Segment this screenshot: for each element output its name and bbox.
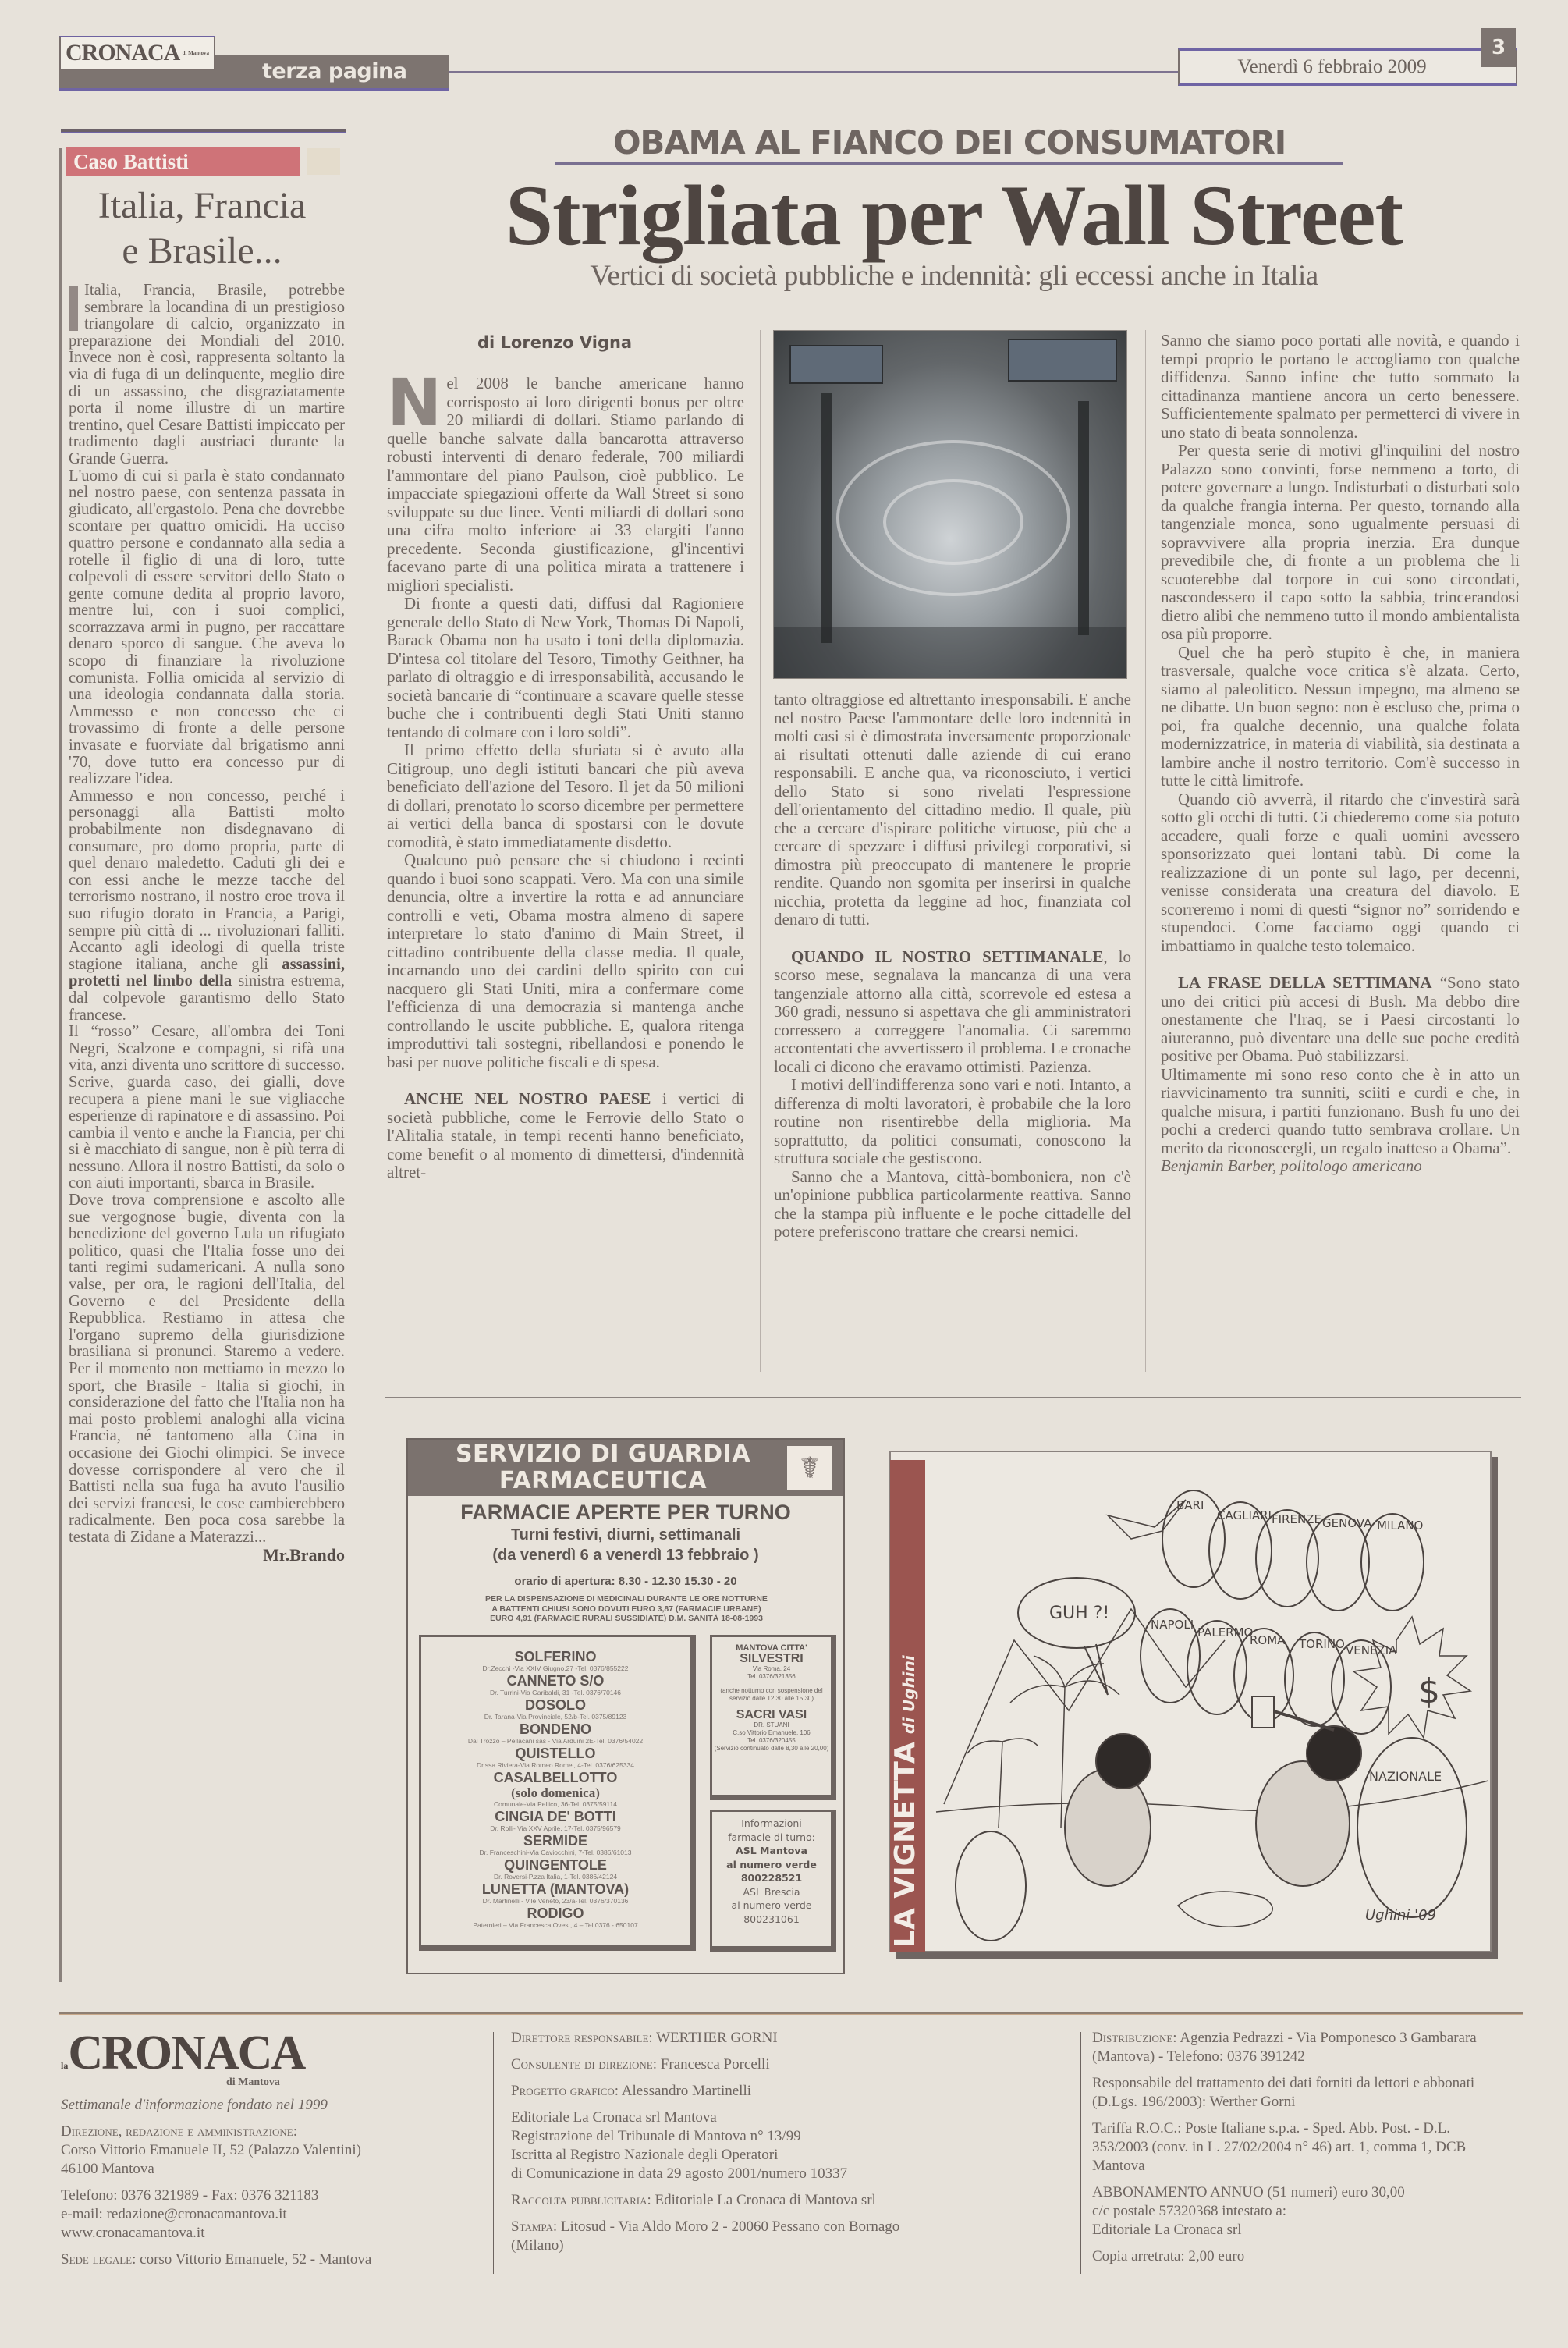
cartoon-tab: LA VIGNETTAdi Ughini bbox=[890, 1460, 925, 1952]
pharmacy-notice: PER LA DISPENSAZIONE DI MEDICINALI DURAN… bbox=[416, 1594, 837, 1624]
section-label: terza pagina bbox=[262, 59, 406, 83]
tagline: Settimanale d'informazione fondato nel 1… bbox=[61, 2096, 451, 2115]
photo-detail bbox=[774, 627, 1127, 679]
phone-number: 800231061 bbox=[712, 1913, 831, 1927]
cartoon-tab-label: LA VIGNETTA bbox=[889, 1742, 921, 1948]
pharmacy-subheading: Turni festivi, diurni, settimanali bbox=[408, 1526, 843, 1544]
pharmacy-town: CANNETO S/O bbox=[421, 1674, 690, 1689]
paragraph: L'uomo di cui si parla è stato condannat… bbox=[69, 468, 345, 788]
logo-text: CRONACA bbox=[66, 40, 179, 66]
quote-of-the-week: LA FRASE DELLA SETTIMANA “Sono stato uno… bbox=[1161, 974, 1520, 1066]
pharmacy-address: Comunale-Via Pellico, 36-Tel. 0375/59114 bbox=[421, 1800, 690, 1809]
page-number: 3 bbox=[1481, 28, 1516, 67]
column-separator bbox=[760, 330, 761, 1372]
dropcap-bar bbox=[69, 286, 78, 331]
svg-text:TORINO: TORINO bbox=[1298, 1637, 1345, 1651]
svg-text:NAZIONALE: NAZIONALE bbox=[1369, 1769, 1442, 1784]
footer-rule bbox=[59, 2012, 1523, 2015]
paragraph: ANCHE NEL NOSTRO PAESE i vertici di soci… bbox=[387, 1090, 744, 1182]
speech-text: GUH ?! bbox=[1049, 1604, 1109, 1623]
photo-detail bbox=[821, 393, 832, 643]
photo-detail bbox=[789, 345, 883, 384]
article-column-1: N el 2008 le banche americane hanno corr… bbox=[387, 375, 744, 1182]
pharmacy-address: Dr. Roversi-P.zza Italia, 1-Tel. 0386/42… bbox=[421, 1873, 690, 1881]
pharmacy-town: RODIGO bbox=[421, 1906, 690, 1921]
pharmacy-town: CINGIA DE' BOTTI bbox=[421, 1810, 690, 1824]
pharmacy-address: Dr. Turrini-Via Garibaldi, 31 -Tel. 0376… bbox=[421, 1689, 690, 1697]
svg-text:NAPOLI: NAPOLI bbox=[1151, 1618, 1194, 1632]
dropcap: N bbox=[387, 376, 442, 429]
main-kicker: OBAMA AL FIANCO DEI CONSUMATORI bbox=[555, 123, 1343, 165]
pharmacy-heading: FARMACIE APERTE PER TURNO bbox=[408, 1501, 843, 1525]
pharmacy-address: Dr. Rolli- Via XXV Aprile, 17-Tel. 0375/… bbox=[421, 1824, 690, 1833]
pharmacy-address: Dal Trozzo – Pellacani sas - Via Arduini… bbox=[421, 1737, 690, 1746]
issue-date: Venerdì 6 febbraio 2009 bbox=[1178, 48, 1517, 86]
footer-separator bbox=[1080, 2032, 1081, 2274]
quote-attribution: Benjamin Barber, politologo americano bbox=[1161, 1157, 1520, 1176]
svg-text:Ughini '09: Ughini '09 bbox=[1365, 1907, 1436, 1924]
photo-detail bbox=[883, 479, 1023, 565]
footer-column-2: Direttore responsabile: WERTHER GORNI Co… bbox=[511, 2029, 917, 2263]
pharmacy-town: BONDENO bbox=[421, 1722, 690, 1737]
svg-text:PALERMO: PALERMO bbox=[1197, 1625, 1253, 1639]
pharmacy-town: LUNETTA (MANTOVA) bbox=[421, 1882, 690, 1897]
pharmacy-address: Dr. Franceschini-Via Caviocchini, 7-Tel.… bbox=[421, 1849, 690, 1857]
pharmacy-city-box: MANTOVA CITTA' SILVESTRI Via Roma, 24 Te… bbox=[710, 1635, 836, 1800]
svg-text:GENOVA: GENOVA bbox=[1322, 1516, 1372, 1530]
pharmacy-box: SERVIZIO DI GUARDIA FARMACEUTICA ☤ FARMA… bbox=[406, 1438, 845, 1974]
pharmacy-address: Dr.ssa Riviera-Via Romeo Romei, 4-Tel. 0… bbox=[421, 1761, 690, 1770]
cartoon-author: di Ughini bbox=[899, 1655, 918, 1734]
paragraph: tanto oltraggiose ed altrettanto irrespo… bbox=[774, 691, 1131, 929]
sidebar-article-body: Italia, Francia, Brasile, potrebbe sembr… bbox=[69, 282, 345, 1563]
footer-column-3: Distribuzione: Agenzia Pedrazzi - Via Po… bbox=[1092, 2029, 1498, 2274]
pharmacy-town: CASALBELLOTTO bbox=[421, 1771, 690, 1785]
svg-text:CAGLIARI: CAGLIARI bbox=[1217, 1508, 1272, 1522]
pharmacy-hours: orario di apertura: 8.30 - 12.30 15.30 -… bbox=[408, 1575, 843, 1588]
article-column-3: Sanno che siamo poco portati alle novità… bbox=[1161, 332, 1520, 1176]
svg-text:BARI: BARI bbox=[1176, 1498, 1204, 1512]
logo-sub: di Mantova bbox=[183, 37, 209, 69]
pharmacy-note: (solo domenica) bbox=[421, 1785, 690, 1800]
sidebar-top-rule bbox=[61, 129, 346, 133]
paragraph: I motivi dell'indifferenza sono vari e n… bbox=[774, 1076, 1131, 1168]
header-rule bbox=[449, 71, 1179, 73]
pharmacy-info-box: Informazioni farmacie di turno: ASL Mant… bbox=[710, 1810, 836, 1952]
footer-separator bbox=[493, 2032, 494, 2274]
pharmacy-address: Dr. Tarana-Via Provinciale, 52/b-Tel. 03… bbox=[421, 1713, 690, 1721]
paragraph: Per questa serie di motivi gl'inquilini … bbox=[1161, 442, 1520, 644]
stock-exchange-photo bbox=[773, 330, 1127, 679]
paragraph: Ammesso e non concesso, perché i persona… bbox=[69, 788, 345, 1024]
main-subhead: Vertici di società pubbliche e indennità… bbox=[384, 259, 1524, 293]
byline: di Lorenzo Vigna bbox=[477, 333, 680, 352]
phone-number: 800228521 bbox=[741, 1872, 802, 1884]
photo-detail bbox=[1008, 339, 1117, 382]
footer-logo-sub: di Mantova bbox=[226, 2076, 280, 2089]
pharmacy-address: Dr.Zecchi -Via XXIV Giugno,27 -Tel. 0376… bbox=[421, 1664, 690, 1673]
sidebar-side-rule bbox=[59, 148, 62, 1982]
author-signature: Mr.Brando bbox=[69, 1547, 345, 1564]
paragraph: Il primo effetto della sfuriata si è avu… bbox=[387, 741, 744, 851]
main-headline: Strigliata per Wall Street bbox=[384, 169, 1524, 262]
pharmacy-town: SERMIDE bbox=[421, 1834, 690, 1849]
svg-text:FIRENZE: FIRENZE bbox=[1272, 1512, 1321, 1526]
pharmacy-town: QUISTELLO bbox=[421, 1746, 690, 1761]
paragraph: Il “rosso” Cesare, all'ombra dei Toni Ne… bbox=[69, 1024, 345, 1192]
paragraph: Dove trova comprensione e ascolto alle s… bbox=[69, 1192, 345, 1546]
footer-column-1: Settimanale d'informazione fondato nel 1… bbox=[61, 2096, 451, 2277]
caduceus-icon: ☤ bbox=[787, 1446, 832, 1490]
paragraph: Quando ciò avverrà, il ritardo che c'inv… bbox=[1161, 790, 1520, 956]
column-separator bbox=[1145, 330, 1146, 1372]
pharmacy-town: SOLFERINO bbox=[421, 1650, 690, 1664]
paragraph: Di fronte a questi dati, diffusi dal Rag… bbox=[387, 595, 744, 741]
paragraph: Sanno che siamo poco portati alle novità… bbox=[1161, 332, 1520, 442]
svg-text:MILANO: MILANO bbox=[1377, 1519, 1423, 1533]
cartoon-illustration: GUH ?! BARI CAGLIARI FIRENZE GENOVA MILA… bbox=[928, 1453, 1488, 1949]
svg-text:VENEZIA: VENEZIA bbox=[1346, 1643, 1397, 1657]
article-column-2: tanto oltraggiose ed altrettanto irrespo… bbox=[774, 691, 1131, 1241]
pharmacy-town: QUINGENTOLE bbox=[421, 1858, 690, 1873]
sidebar-title: Italia, Francia e Brasile... bbox=[66, 183, 339, 274]
svg-text:ROMA: ROMA bbox=[1250, 1633, 1286, 1647]
photo-detail bbox=[1078, 401, 1089, 635]
sidebar-kicker: Caso Battisti bbox=[66, 147, 300, 176]
pharmacy-address: Dr. Martinelli - V.le Veneto, 23/a-Tel. … bbox=[421, 1897, 690, 1906]
pharmacy-header: SERVIZIO DI GUARDIA FARMACEUTICA ☤ bbox=[408, 1440, 843, 1496]
pharmacy-period: (da venerdì 6 a venerdì 13 febbraio ) bbox=[408, 1547, 843, 1565]
website-link[interactable]: www.cronacamantova.it bbox=[61, 2225, 204, 2241]
paragraph: Quel che ha però stupito è che, in manie… bbox=[1161, 644, 1520, 790]
paragraph: Qualcuno può pensare che si chiudono i r… bbox=[387, 851, 744, 1071]
sidebar-kicker-blank bbox=[307, 148, 340, 175]
pharmacy-town: DOSOLO bbox=[421, 1698, 690, 1713]
paragraph: Sanno che a Mantova, città-bomboniera, n… bbox=[774, 1168, 1131, 1241]
pharmacy-list: SOLFERINO Dr.Zecchi -Via XXIV Giugno,27 … bbox=[419, 1635, 696, 1951]
phone-fax: Telefono: 0376 321989 - Fax: 0376 321183 bbox=[61, 2187, 318, 2204]
email-link[interactable]: e-mail: redazione@cronacamantova.it bbox=[61, 2206, 287, 2222]
masthead-logo: CRONACA di Mantova bbox=[59, 36, 215, 70]
quote-continued: Ultimamente mi sono reso conto che è in … bbox=[1161, 1066, 1520, 1158]
pharmacy-address: Paternieri – Via Francesca Ovest, 4 – Te… bbox=[421, 1921, 690, 1930]
svg-text:$: $ bbox=[1418, 1671, 1440, 1711]
section-divider bbox=[385, 1397, 1521, 1398]
paragraph: QUANDO IL NOSTRO SETTIMANALE, lo scorso … bbox=[774, 948, 1131, 1077]
footer-logo: laCRONACA bbox=[61, 2026, 304, 2081]
paragraph: Italia, Francia, Brasile, potrebbe sembr… bbox=[69, 282, 345, 468]
